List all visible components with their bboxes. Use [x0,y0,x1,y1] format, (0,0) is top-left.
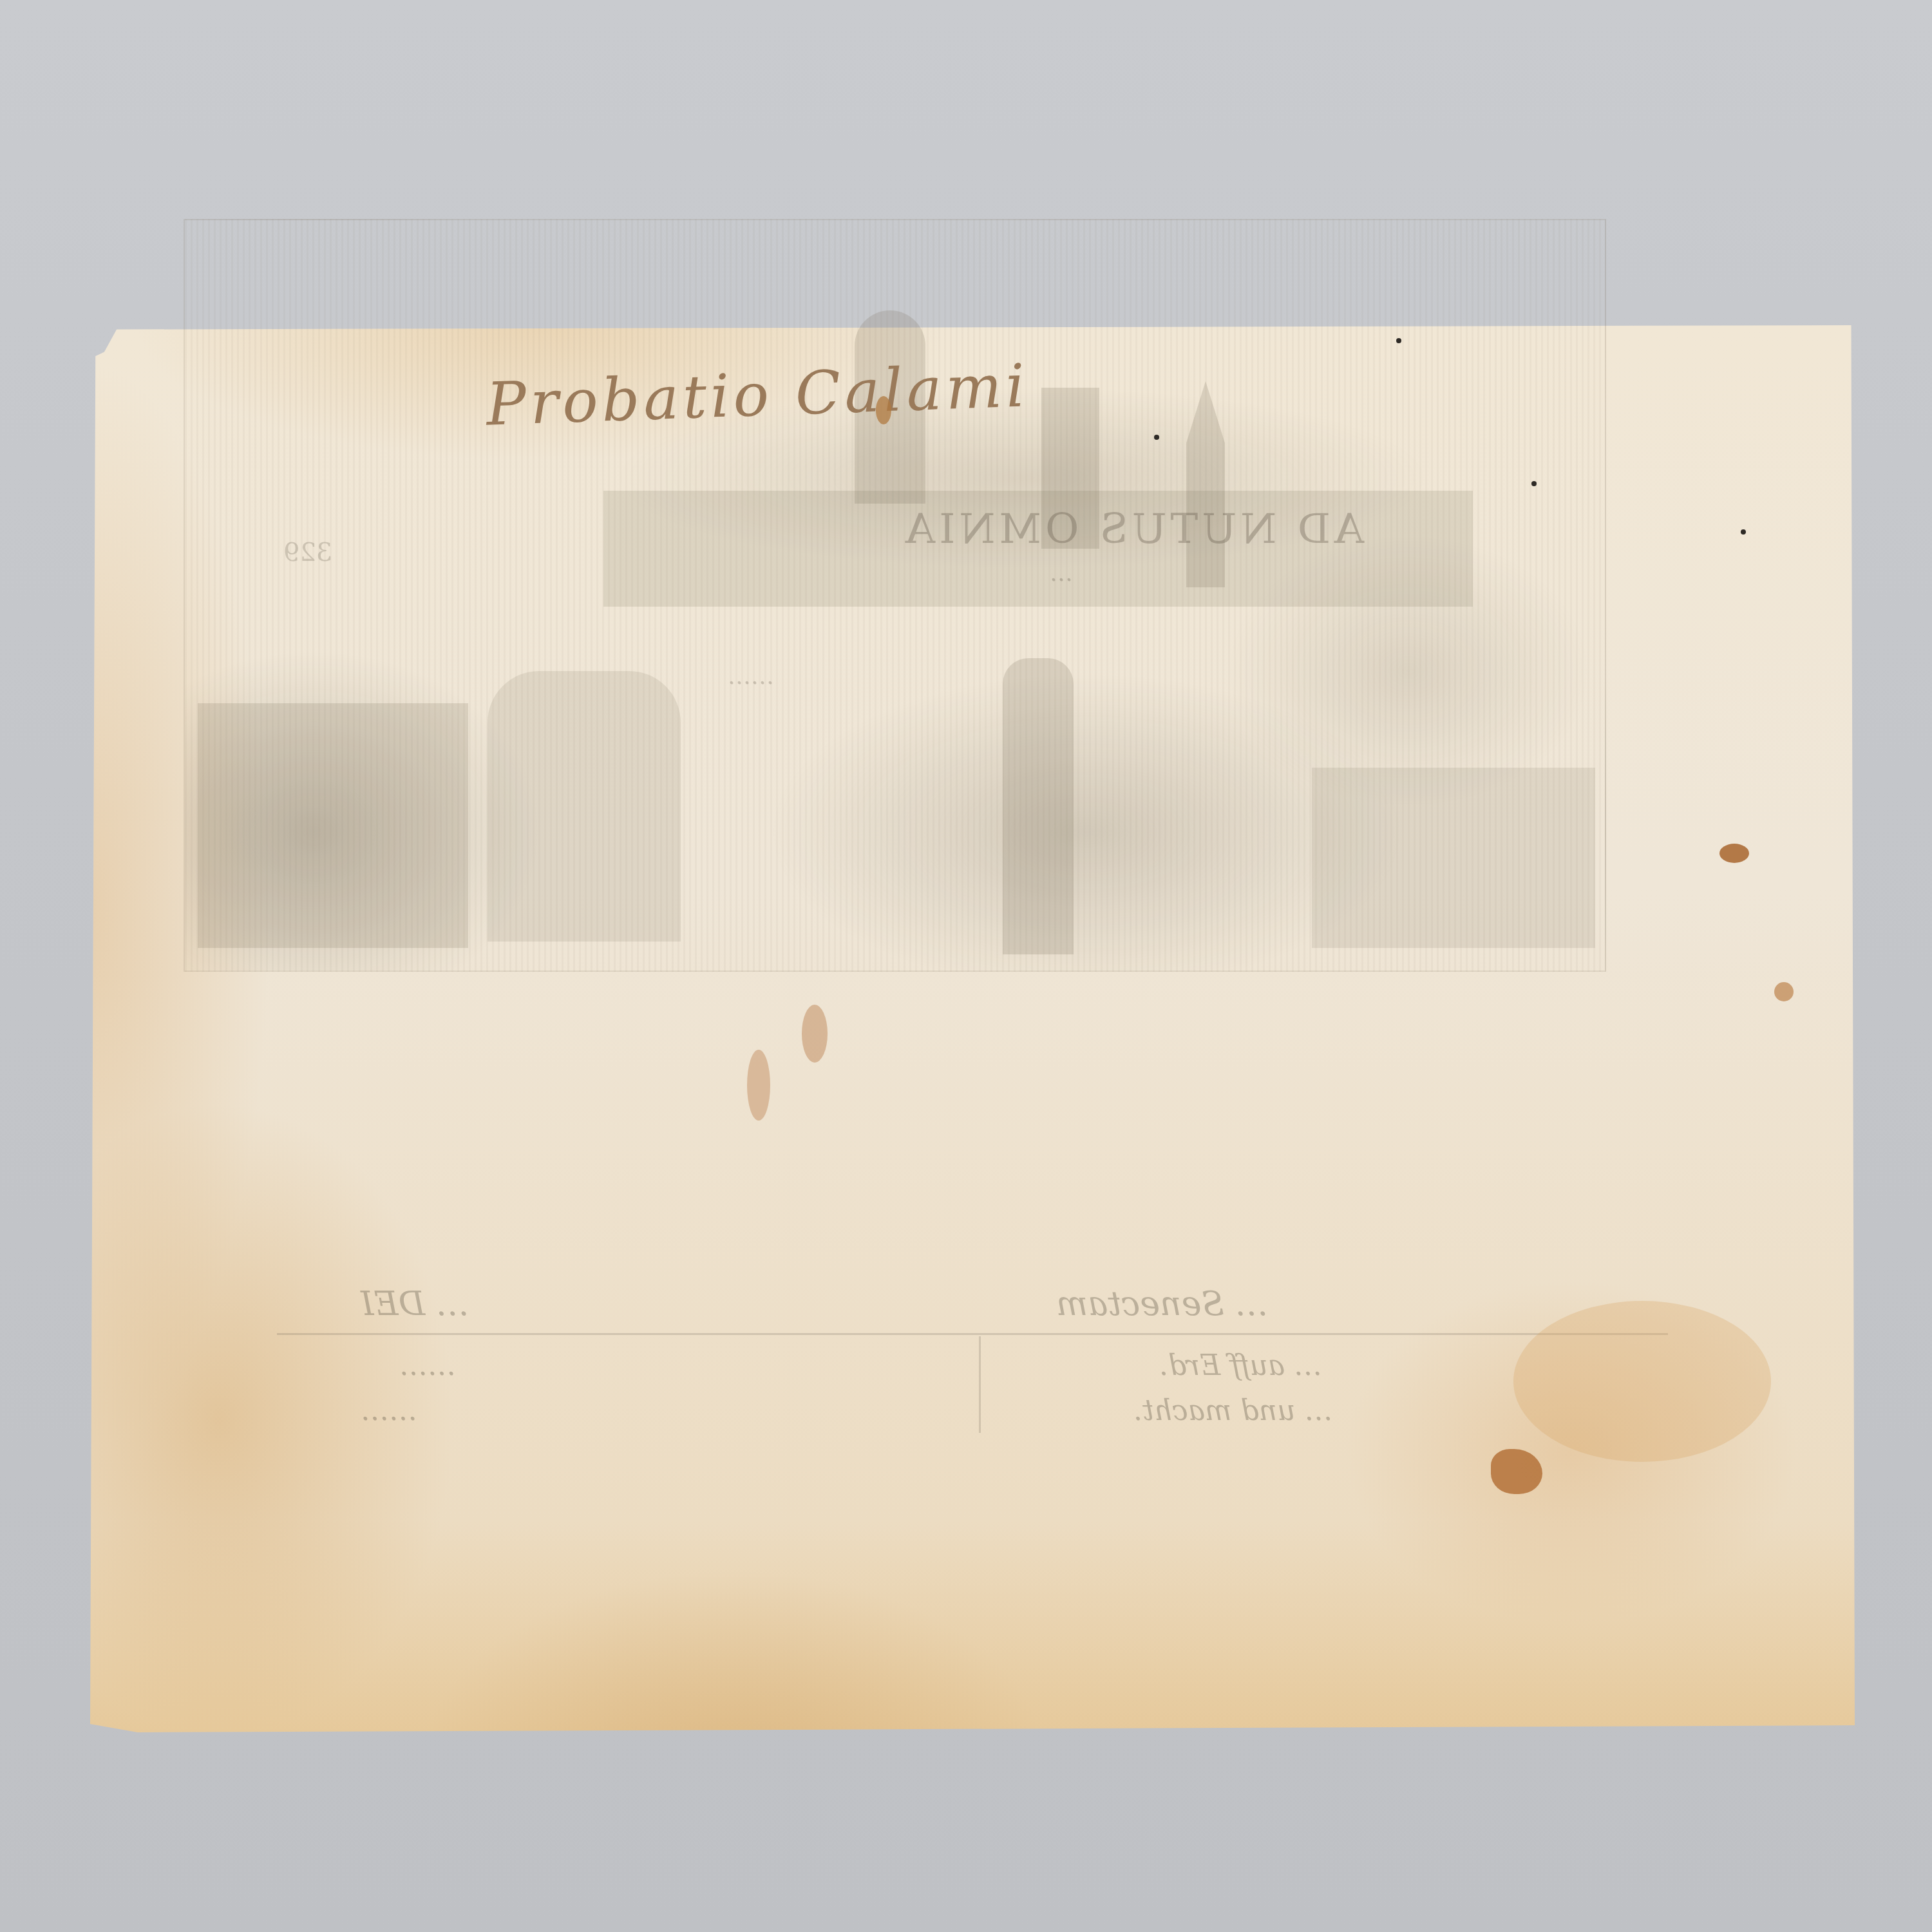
ink-speck [1741,529,1746,535]
monogram-letter: S [623,551,648,591]
figure-group [488,671,681,942]
mirrored-verse-4: …… [361,1394,417,1427]
foxing-stain [747,1050,770,1121]
monogram-letter: G [733,535,761,574]
right-buildings [1312,768,1595,948]
monogram-letter: S [656,513,680,552]
foxing-stain [876,396,891,424]
mirrored-subtitle: … [1050,560,1073,587]
water-stain [1513,1301,1771,1462]
mirrored-title: AD NUTUS OMNIA [902,506,1364,553]
column-divider [979,1336,981,1433]
monogram-letter: S [672,590,696,629]
foxing-stain [1719,844,1749,863]
monogram-seal-drawing: G S M S G G S S G [568,467,785,684]
standing-figure [1003,658,1074,954]
monogram-letter: G [675,625,703,665]
mirrored-verse-3: …… [399,1349,456,1382]
mirrored-caption-right: … Senectam [1056,1285,1269,1323]
mirrored-page-number: 329 [283,538,332,567]
monogram-letter: S [707,545,732,584]
left-buildings [198,703,468,948]
monogram-letter: G [585,548,613,587]
mirrored-legend: …… [728,663,774,690]
monogram-letter: M [665,551,703,591]
mirrored-verse-1: … auff Erd. [1159,1349,1322,1382]
engraving-show-through [184,219,1606,972]
foxing-stain [802,1005,828,1063]
mirrored-caption-left: … DEI [361,1285,469,1323]
ink-speck [1396,338,1401,343]
ink-speck [1531,481,1537,486]
ink-speck [1154,435,1159,440]
caption-rule [277,1333,1668,1335]
foxing-stain [1774,982,1794,1001]
monogram-letter: G [659,477,687,516]
mirrored-verse-2: … und macht. [1133,1394,1332,1427]
